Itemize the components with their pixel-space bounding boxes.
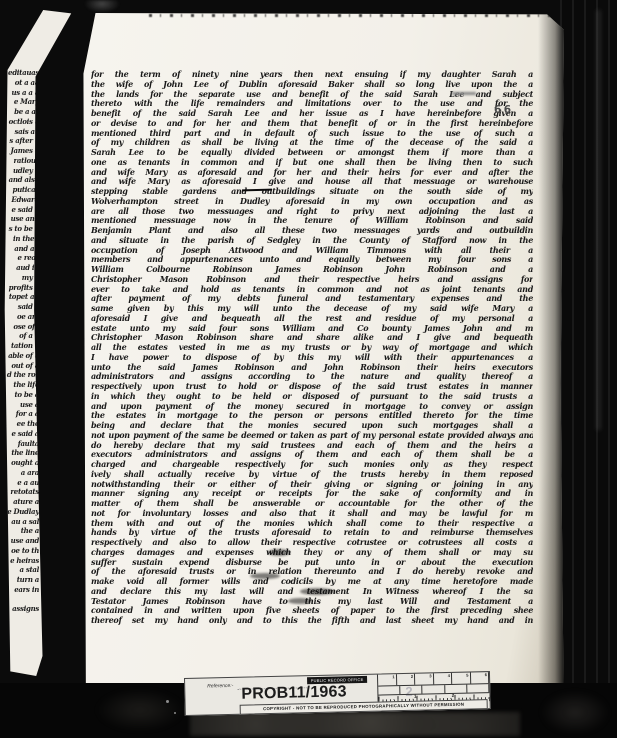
microfilm-scan: editauasot a aaus a a ae Marybe a aroctl…	[0, 0, 617, 738]
handwritten-line: in which they ought to be held or dispos…	[91, 392, 533, 402]
strip-text-line: assigns	[6, 604, 39, 614]
handwritten-line: notwithstanding their or either of their…	[91, 480, 533, 490]
strip-text-line: aud in	[6, 263, 39, 273]
handwritten-line: contained in and written upon five sheet…	[91, 606, 533, 616]
handwritten-line: and wife Mary as aforesaid and for her a…	[91, 168, 533, 178]
strip-text-line: ee the	[6, 419, 39, 429]
strip-text-line: the a	[6, 526, 39, 536]
strip-text-line: a stal	[6, 565, 39, 575]
handwritten-line: thereof set my hand only and to this the…	[91, 616, 533, 626]
strip-text-line: us a a a	[6, 88, 39, 98]
strip-text-line: faulta	[6, 439, 39, 449]
ruler-inch-cell: 3	[415, 673, 434, 684]
ruler-inch-cell: 4	[433, 673, 452, 684]
handwritten-line: suffer sustain expend disburse be put un…	[91, 558, 533, 568]
ruler-mid-cell	[378, 686, 400, 695]
strip-text-line: octlois a	[6, 117, 39, 127]
handwritten-line: stepping stable gardens and outbuildings…	[91, 187, 533, 197]
handwritten-line: are all those two messuages and right to…	[91, 207, 533, 217]
strip-text-line: of a a	[6, 331, 39, 341]
strip-text-line: d the ros	[6, 370, 39, 380]
strip-text-line: au a sal	[6, 517, 39, 527]
ruler-inch-cell: 2	[396, 674, 415, 685]
handwritten-line: and upon payment of the money secured in…	[91, 402, 533, 412]
handwritten-line: charges damages and expenses which they …	[91, 548, 533, 558]
handwritten-line: Testator James Robinson have to this my …	[91, 597, 533, 607]
handwritten-line: and wife Mary as aforesaid I give and ho…	[91, 177, 533, 187]
strip-text-line: ought a	[6, 458, 39, 468]
film-noise-blob	[84, 0, 120, 13]
film-mottle	[190, 712, 520, 736]
ruler-inch-cell: 6	[470, 672, 489, 683]
handwritten-line: occupation of Joseph Attwood and William…	[91, 246, 533, 256]
strip-text-line: out of a	[6, 361, 39, 371]
strip-text-line: the line	[6, 448, 39, 458]
strip-text-line: ot a aa	[6, 78, 39, 88]
strip-text-line: for a a	[6, 409, 39, 419]
strip-text-line: able of a	[6, 351, 39, 361]
strip-text-line: e Mary	[6, 97, 39, 107]
handwritten-line: of my children as shall be living at the…	[91, 138, 533, 148]
handwritten-line: William Colbourne Robinson James Robinso…	[91, 265, 533, 275]
strip-text-line: profits a	[6, 283, 39, 293]
strip-text-line: be a ar	[6, 107, 39, 117]
handwritten-line: administrators and assigns according to …	[91, 372, 533, 382]
handwritten-line: do hereby declare that my said trustees …	[91, 441, 533, 451]
reference-number: PROB11/1963	[241, 683, 347, 703]
handwritten-line: Christopher Mason Robinson share and sha…	[91, 333, 533, 343]
ruler-inch-cell: 1	[378, 674, 397, 685]
ruler-mid-cell	[400, 686, 422, 695]
strip-text-line: to be a	[6, 390, 39, 400]
previous-page-edge-strip: editauasot a aaus a a ae Marybe a aroctl…	[4, 10, 74, 676]
film-scratch-streak	[596, 10, 601, 430]
handwritten-line: Benjamin Plant and also all these two me…	[91, 226, 533, 236]
scratch-mark	[452, 92, 476, 95]
strip-text-line: Edward	[6, 195, 39, 205]
reference-plate: Reference:- PUBLIC RECORD OFFICE PROB11/…	[184, 671, 491, 716]
document-page: for the term of ninety nine years then n…	[82, 13, 564, 686]
strip-text-line: James a	[6, 146, 39, 156]
strip-text-line: e said a	[6, 205, 39, 215]
strip-text-line: sais aa	[6, 127, 39, 137]
handwritten-line: executors administrators and assigns of …	[91, 450, 533, 460]
strip-text-line: e a au	[6, 478, 39, 488]
strip-text-line: editauas	[6, 68, 39, 78]
strip-text-line: use a	[6, 400, 39, 410]
handwritten-line: the wife of John Lee of Dublin aforesaid…	[91, 80, 533, 90]
handwritten-line: Sarah Lee to be equally divided between …	[91, 148, 533, 158]
strip-text-line: ose ofa	[6, 322, 39, 332]
ruler-mid-cell	[467, 684, 489, 693]
handwritten-line: hands by virtue of the trusts aforesaid …	[91, 528, 533, 538]
handwritten-line: respectively and also to allow their res…	[91, 538, 533, 548]
ruler-tick-number: 1	[414, 694, 417, 699]
handwritten-line: ever to take and hold as tenants in comm…	[91, 285, 533, 295]
ink-blot	[268, 549, 290, 556]
film-mottle	[540, 690, 610, 735]
strip-text-line: use and	[6, 536, 39, 546]
strip-text-line: topet au	[6, 292, 39, 302]
ruler-mid-cell	[445, 685, 467, 694]
strip-text-line: ature a	[6, 497, 39, 507]
handwritten-line: thereto with the life remainders and lim…	[91, 99, 533, 109]
strip-text-line: oe to th	[6, 546, 39, 556]
ink-blot	[300, 588, 334, 595]
ink-blot	[288, 598, 312, 604]
handwritten-line: after payment of my debts funeral and te…	[91, 294, 533, 304]
handwritten-line: matter of them shall be answerable or ac…	[91, 499, 533, 509]
strip-text-line: e heiras	[6, 556, 39, 566]
strip-text-line: and au	[6, 244, 39, 254]
handwritten-line: and situate in the parish of Sedgley in …	[91, 236, 533, 246]
handwritten-line: charged and chargeable respectively for …	[91, 460, 533, 470]
strip-text-line: use and	[6, 214, 39, 224]
handwritten-line: estate unto my said four sons William an…	[91, 324, 533, 334]
ruler-mid-cell	[423, 685, 445, 694]
ruler-inch-cell: 5	[452, 672, 471, 683]
film-mottle	[95, 688, 185, 732]
reference-label: Reference:-	[207, 683, 233, 690]
strip-text-line: e rear	[6, 253, 39, 263]
handwritten-line: the estates in mortgage to the person or…	[91, 411, 533, 421]
handwritten-line: same given by this my will unto the dece…	[91, 304, 533, 314]
ink-blot	[250, 573, 280, 579]
handwritten-line: unto the said James Robinson and John Ro…	[91, 363, 533, 373]
handwritten-line: ively shall actually receive by virtue o…	[91, 470, 533, 480]
strip-text-line: turn a	[6, 575, 39, 585]
strip-text-line: e said a	[6, 429, 39, 439]
strip-text-line: my a	[6, 273, 39, 283]
handwritten-line: Christopher Mason Robinson and their res…	[91, 275, 533, 285]
strip-text-line: and also	[6, 175, 39, 185]
strip-text-line: oe am	[6, 312, 39, 322]
handwritten-line: make void all former wills and codicils …	[91, 577, 533, 587]
handwritten-line: not for involuntary losses and also that…	[91, 509, 533, 519]
handwritten-line: mentioned messuage now in the tenure of …	[91, 216, 533, 226]
strip-text-line: puticas	[6, 185, 39, 195]
handwritten-line: manner signing any receipt or receipts f…	[91, 489, 533, 499]
measurement-ruler: 123456 1 2	[377, 672, 490, 703]
handwritten-line: respectively upon trust to hold or dispo…	[91, 382, 533, 392]
handwritten-line: or devise to and for her and them that b…	[91, 119, 533, 129]
manuscript-text: for the term of ninety nine years then n…	[91, 70, 533, 626]
folio-number-stamp: 66	[494, 104, 514, 116]
strip-text-line: retotats	[6, 487, 39, 497]
handwritten-line: benefit of the said Sarah Lee and her is…	[91, 109, 533, 119]
strip-text-line: udley a	[6, 166, 39, 176]
handwritten-line: one as tenants in common and if but one …	[91, 158, 533, 168]
strip-text-line: ears in	[6, 585, 39, 595]
strip-text-line	[6, 595, 39, 605]
page-curl-shadow	[538, 13, 564, 686]
strip-text-line: tation a	[6, 341, 39, 351]
ruler-tick-number: 2	[452, 693, 455, 698]
strip-text-line: ratlour	[6, 156, 39, 166]
dust-speck	[166, 700, 169, 703]
strip-text-line: a ara	[6, 468, 39, 478]
handwritten-line: I have power to dispose of by this my wi…	[91, 353, 533, 363]
strip-text-line: s after a	[6, 136, 39, 146]
strip-text-line: s to be a	[6, 224, 39, 234]
dust-speck	[174, 712, 176, 714]
handwritten-line: being and declare that the monies secure…	[91, 421, 533, 431]
handwritten-line: all the estates vested in me as my trust…	[91, 343, 533, 353]
handwritten-line: of the aforesaid trusts or in relation t…	[91, 567, 533, 577]
handwritten-line: them with and out of the monies which sh…	[91, 519, 533, 529]
handwritten-line: not upon payment of the same be deemed o…	[91, 431, 533, 441]
strip-text-line: e Dudlay	[6, 507, 39, 517]
handwritten-line: aforesaid I give and bequeath all the re…	[91, 314, 533, 324]
handwritten-line: Wolverhampton street in Dudley aforesaid…	[91, 197, 533, 207]
strip-text-line: the life	[6, 380, 39, 390]
handwritten-line: for the term of ninety nine years then n…	[91, 70, 533, 80]
handwritten-line: members and appurtenances unto and equal…	[91, 255, 533, 265]
film-edge-right	[560, 0, 617, 738]
strip-text-line: said a	[6, 302, 39, 312]
strip-text-line: in then	[6, 234, 39, 244]
handwritten-line: mentioned third part and in default of s…	[91, 129, 533, 139]
strip-text-fragments: editauasot a aaus a a ae Marybe a aroctl…	[6, 68, 39, 614]
